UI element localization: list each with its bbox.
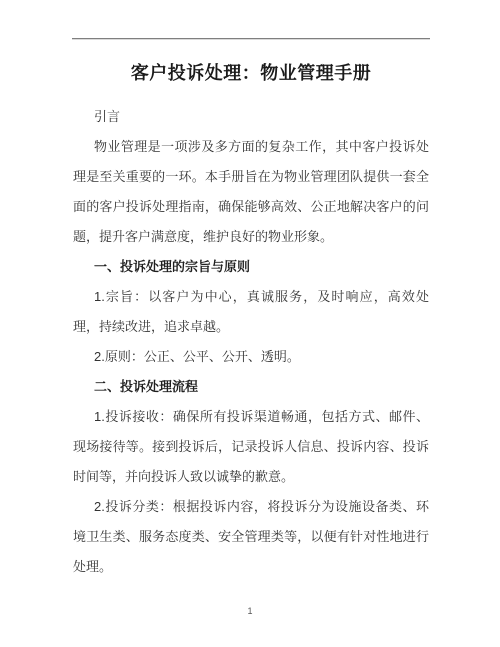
section-2-heading: 二、投诉处理流程 [73,372,429,402]
document-page: 客户投诉处理：物业管理手册 引言 物业管理是一项涉及多方面的复杂工作，其中客户投… [0,0,500,647]
document-content: 客户投诉处理：物业管理手册 引言 物业管理是一项涉及多方面的复杂工作，其中客户投… [73,38,429,582]
section-2-item-1: 1.投诉接收：确保所有投诉渠道畅通，包括方式、邮件、现场接待等。接到投诉后，记录… [73,402,429,492]
intro-label: 引言 [73,102,429,132]
section-1-heading: 一、投诉处理的宗旨与原则 [73,252,429,282]
intro-paragraph: 物业管理是一项涉及多方面的复杂工作，其中客户投诉处理是至关重要的一环。本手册旨在… [73,132,429,252]
section-2-item-2: 2.投诉分类：根据投诉内容，将投诉分为设施设备类、环境卫生类、服务态度类、安全管… [73,492,429,582]
document-title: 客户投诉处理：物业管理手册 [73,56,429,90]
section-1-item-2: 2.原则：公正、公平、公开、透明。 [73,342,429,372]
page-number: 1 [0,604,500,618]
document-body: 引言 物业管理是一项涉及多方面的复杂工作，其中客户投诉处理是至关重要的一环。本手… [73,102,429,582]
section-1-item-1: 1.宗旨：以客户为中心，真诚服务，及时响应，高效处理，持续改进，追求卓越。 [73,282,429,342]
